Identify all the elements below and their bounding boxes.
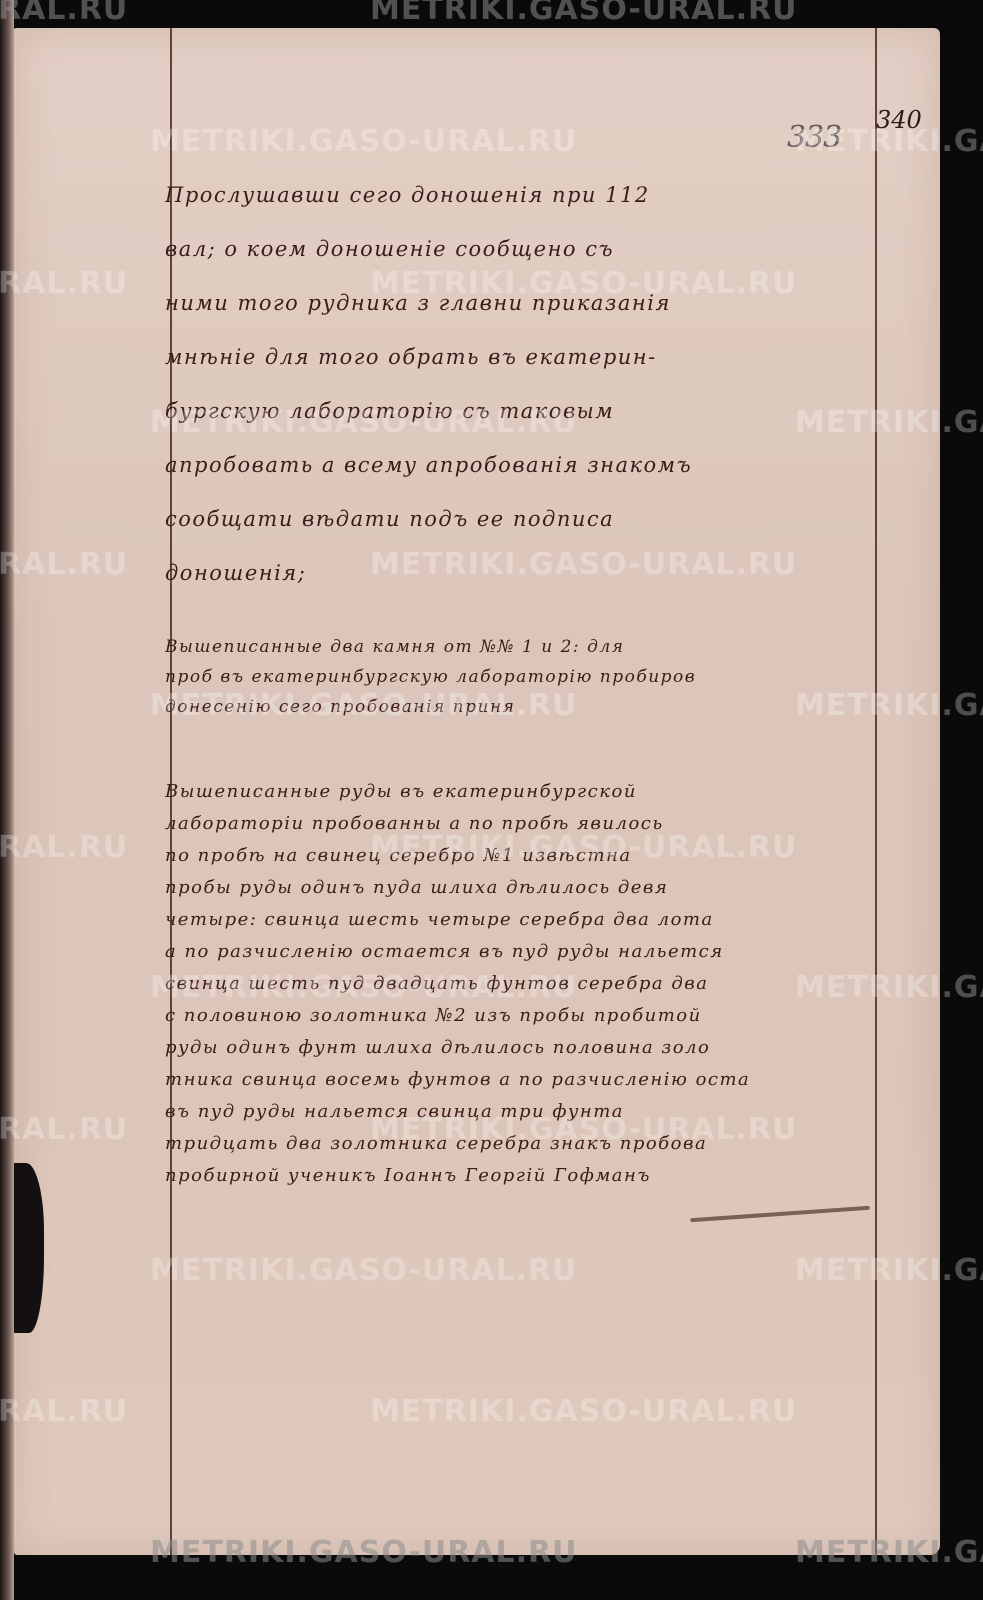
- ink-blot-damage: [14, 1163, 44, 1333]
- watermark: RAL.RU: [0, 0, 128, 27]
- archive-page-number-pencil: 333: [787, 120, 841, 155]
- text-line: ними того рудника з главни приказанія: [165, 276, 865, 330]
- right-margin-rule: [875, 28, 877, 1555]
- text-line: по пробѣ на свинец серебро №1 извѣстна: [165, 840, 865, 872]
- paragraph-2: Вышеписанные два камня от №№ 1 и 2: для …: [165, 632, 865, 722]
- text-line: Вышеписанные два камня от №№ 1 и 2: для: [165, 632, 865, 662]
- text-line: въ пуд руды нальется свинца три фунта: [165, 1096, 865, 1128]
- text-line: вал; о коем доношеніе сообщено съ: [165, 222, 865, 276]
- paragraph-1: Прослушавши сего доношенія при 112 вал; …: [165, 168, 865, 600]
- text-line: апробовать а всему апробованія знакомъ: [165, 438, 865, 492]
- text-line: Вышеписанные руды въ екатеринбургской: [165, 776, 865, 808]
- text-line: пробы руды одинъ пуда шлиха дѣлилось дев…: [165, 872, 865, 904]
- text-line: доношенія;: [165, 546, 865, 600]
- signature-line: пробирной ученикъ Іоаннъ Георгій Гофманъ: [165, 1160, 865, 1192]
- folio-number-ink: 340: [876, 106, 922, 134]
- text-line: донесенію сего пробованія приня: [165, 692, 865, 722]
- paragraph-3: Вышеписанные руды въ екатеринбургской ла…: [165, 776, 865, 1192]
- text-line: сообщати вѣдати подъ ее подписа: [165, 492, 865, 546]
- text-line: бургскую лабораторію съ таковым: [165, 384, 865, 438]
- text-line: лабораторіи пробованны а по пробѣ явилос…: [165, 808, 865, 840]
- text-line: тридцать два золотника серебра знакъ про…: [165, 1128, 865, 1160]
- text-line: руды одинъ фунт шлиха дѣлилось половина …: [165, 1032, 865, 1064]
- text-line: свинца шесть пуд двадцать фунтов серебра…: [165, 968, 865, 1000]
- text-line: а по разчисленію остается въ пуд руды на…: [165, 936, 865, 968]
- text-line: Прослушавши сего доношенія при 112: [165, 168, 865, 222]
- text-line: с половиною золотника №2 изъ пробы проби…: [165, 1000, 865, 1032]
- text-line: четыре: свинца шесть четыре серебра два …: [165, 904, 865, 936]
- text-line: мнѣніе для того обрать въ екатерин-: [165, 330, 865, 384]
- text-line: тника свинца восемь фунтов а по разчисле…: [165, 1064, 865, 1096]
- book-spine: [0, 0, 14, 1600]
- text-line: проб въ екатеринбургскую лабораторію про…: [165, 662, 865, 692]
- watermark: METRIKI.GASO-URAL.RU: [370, 0, 798, 27]
